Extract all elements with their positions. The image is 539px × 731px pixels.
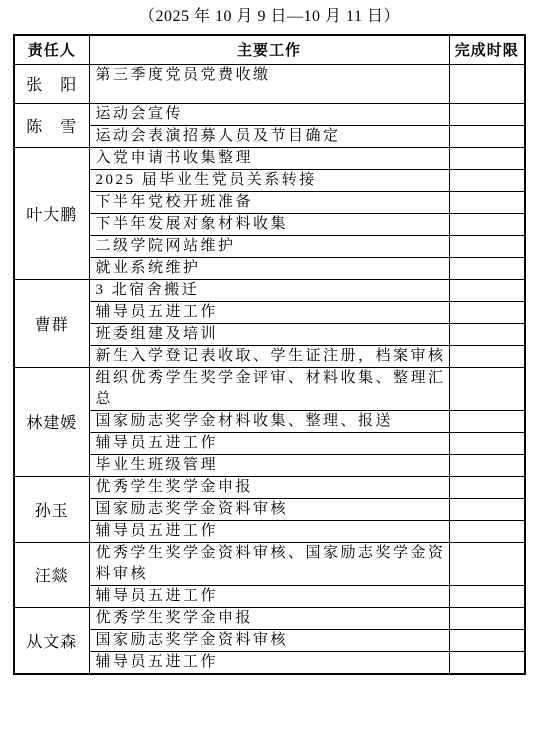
deadline-cell [449,498,525,520]
task-cell: 毕业生班级管理 [89,454,449,476]
task-cell: 组织优秀学生奖学金评审、材料收集、整理汇总 [89,367,449,410]
task-cell: 国家励志奖学金资料审核 [89,629,449,651]
person-name-cell: 林建媛 [14,367,89,476]
deadline-cell [449,103,525,125]
task-cell: 2025 届毕业生党员关系转接 [89,169,449,191]
table-row: 从文森 优秀学生奖学金申报 [14,607,525,629]
task-cell: 辅导员五进工作 [89,301,449,323]
task-cell: 班委组建及培训 [89,323,449,345]
table-row: 二级学院网站维护 [14,235,525,257]
deadline-cell [449,169,525,191]
deadline-cell [449,367,525,410]
table-row: 叶大鹏 入党申请书收集整理 [14,147,525,169]
task-cell: 第三季度党员党费收缴 [89,64,449,103]
task-cell: 优秀学生奖学金申报 [89,607,449,629]
deadline-cell [449,520,525,542]
table-row: 辅导员五进工作 [14,585,525,607]
person-name-cell: 张 阳 [14,64,89,103]
header-cell-main-work: 主要工作 [89,35,449,64]
document-title: （2025 年 10 月 9 日—10 月 11 日） [0,0,539,27]
deadline-cell [449,345,525,367]
task-cell: 运动会宣传 [89,103,449,125]
deadline-cell [449,64,525,103]
header-cell-responsible: 责任人 [14,35,89,64]
task-cell: 新生入学登记表收取、学生证注册，档案审核 [89,345,449,367]
deadline-cell [449,191,525,213]
deadline-cell [449,147,525,169]
person-name-cell: 汪燚 [14,542,89,607]
deadline-cell [449,410,525,432]
person-name-cell: 孙玉 [14,476,89,542]
deadline-cell [449,585,525,607]
task-cell: 辅导员五进工作 [89,432,449,454]
task-cell: 下半年党校开班准备 [89,191,449,213]
deadline-cell [449,607,525,629]
table-row: 新生入学登记表收取、学生证注册，档案审核 [14,345,525,367]
table-row: 曹群 3 北宿舍搬迁 [14,279,525,301]
table-row: 2025 届毕业生党员关系转接 [14,169,525,191]
task-cell: 运动会表演招募人员及节目确定 [89,125,449,147]
task-cell: 辅导员五进工作 [89,585,449,607]
table-row: 陈 雪 运动会宣传 [14,103,525,125]
table-row: 辅导员五进工作 [14,432,525,454]
table-row: 下半年发展对象材料收集 [14,213,525,235]
table-row: 国家励志奖学金材料收集、整理、报送 [14,410,525,432]
deadline-cell [449,279,525,301]
table-row: 辅导员五进工作 [14,520,525,542]
person-name-cell: 陈 雪 [14,103,89,147]
task-cell: 二级学院网站维护 [89,235,449,257]
task-cell: 国家励志奖学金材料收集、整理、报送 [89,410,449,432]
deadline-cell [449,125,525,147]
table-row: 班委组建及培训 [14,323,525,345]
task-cell: 下半年发展对象材料收集 [89,213,449,235]
document-page: （2025 年 10 月 9 日—10 月 11 日） 责任人 主要工作 完成时… [0,0,539,731]
table-header-row: 责任人 主要工作 完成时限 [14,35,525,64]
deadline-cell [449,257,525,279]
header-cell-deadline: 完成时限 [449,35,525,64]
task-cell: 国家励志奖学金资料审核 [89,498,449,520]
deadline-cell [449,301,525,323]
deadline-cell [449,651,525,674]
person-name-cell: 叶大鹏 [14,147,89,279]
person-name-cell: 曹群 [14,279,89,367]
task-cell: 入党申请书收集整理 [89,147,449,169]
task-cell: 辅导员五进工作 [89,651,449,674]
table-row: 就业系统维护 [14,257,525,279]
task-cell: 优秀学生奖学金资料审核、国家励志奖学金资料审核 [89,542,449,585]
task-cell: 3 北宿舍搬迁 [89,279,449,301]
table-row: 辅导员五进工作 [14,651,525,674]
table-row: 辅导员五进工作 [14,301,525,323]
deadline-cell [449,323,525,345]
table-row: 毕业生班级管理 [14,454,525,476]
table-row: 国家励志奖学金资料审核 [14,498,525,520]
deadline-cell [449,235,525,257]
deadline-cell [449,432,525,454]
task-cell: 就业系统维护 [89,257,449,279]
deadline-cell [449,454,525,476]
table-row: 国家励志奖学金资料审核 [14,629,525,651]
deadline-cell [449,542,525,585]
work-schedule-table: 责任人 主要工作 完成时限 张 阳 第三季度党员党费收缴 陈 雪 运动会宣传 运… [13,34,526,675]
task-cell: 优秀学生奖学金申报 [89,476,449,498]
deadline-cell [449,476,525,498]
table-row: 运动会表演招募人员及节目确定 [14,125,525,147]
person-name-cell: 从文森 [14,607,89,674]
table-row: 孙玉 优秀学生奖学金申报 [14,476,525,498]
table-row: 张 阳 第三季度党员党费收缴 [14,64,525,103]
task-cell: 辅导员五进工作 [89,520,449,542]
table-row: 林建媛 组织优秀学生奖学金评审、材料收集、整理汇总 [14,367,525,410]
table-row: 汪燚 优秀学生奖学金资料审核、国家励志奖学金资料审核 [14,542,525,585]
table-row: 下半年党校开班准备 [14,191,525,213]
deadline-cell [449,629,525,651]
deadline-cell [449,213,525,235]
